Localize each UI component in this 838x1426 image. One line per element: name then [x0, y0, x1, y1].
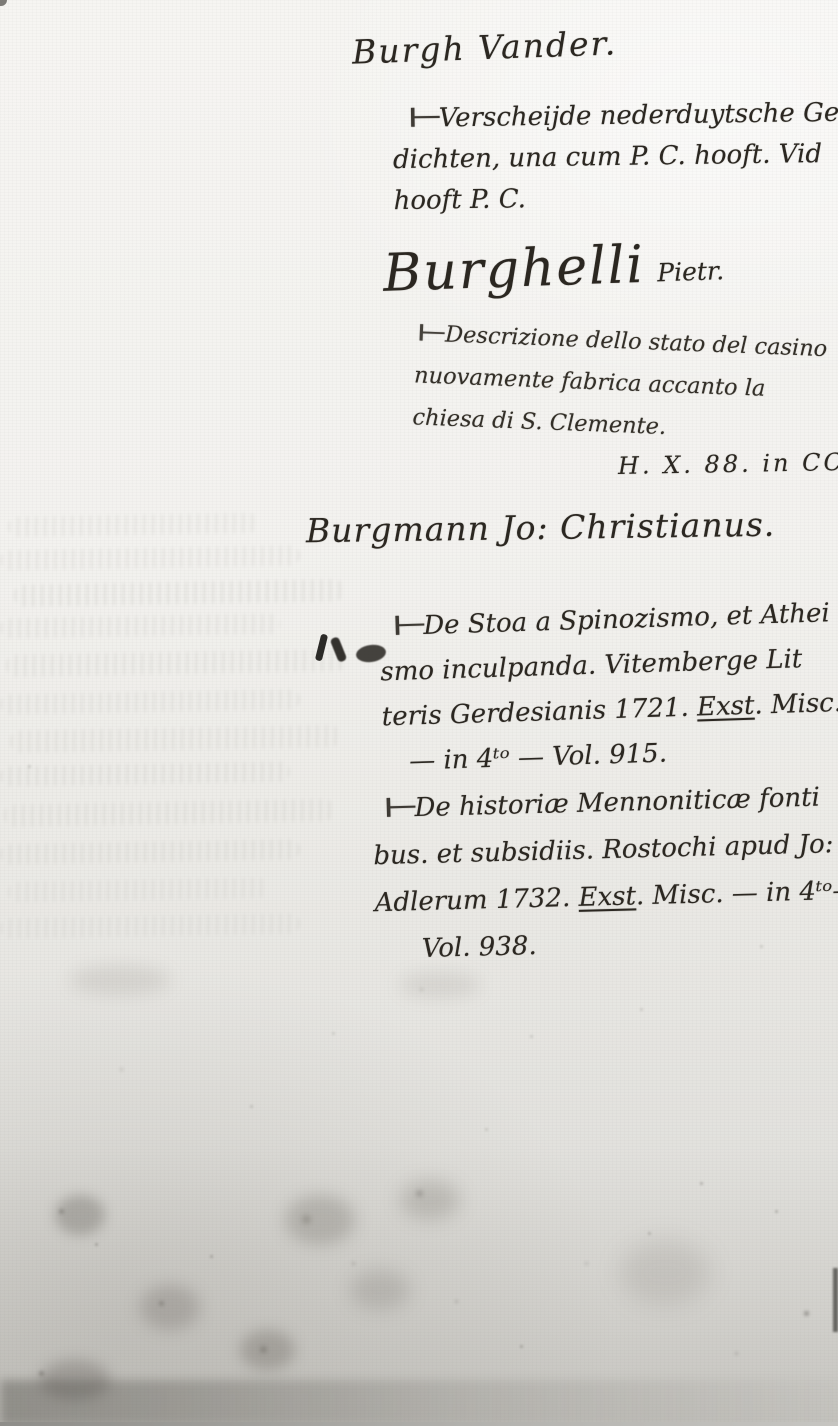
entry-item-descrizione-casino: ⊢Descrizione dello stato del casino nuov…: [412, 312, 817, 453]
bleedthrough-row: [4, 799, 334, 827]
entry-heading-surname: Burghelli: [382, 235, 646, 304]
entry-dash-marker: ⊢: [390, 604, 429, 650]
entry-dash-marker: ⊢: [415, 312, 449, 355]
entry-line: hooft P. C.: [393, 175, 834, 222]
stain: [55, 1195, 105, 1235]
stain: [240, 1330, 295, 1370]
stain: [620, 1240, 710, 1305]
stain: [350, 1270, 410, 1310]
bleedthrough-row: [6, 649, 346, 677]
entry-heading-burgh-vander: Burgh Vander.: [351, 23, 617, 71]
entry-line: Verscheijde nederduytsche Ge: [439, 98, 838, 134]
manuscript-page: Burgh Vander. ⊢Verscheijde nederduytsche…: [0, 0, 838, 1426]
bleedthrough-row: [0, 913, 300, 938]
bleedthrough-row: [8, 878, 268, 903]
entry-heading-forename: Pietr.: [657, 256, 725, 287]
bleedthrough-row: [0, 689, 300, 714]
bleedthrough-row: [8, 513, 258, 537]
stain: [70, 965, 170, 995]
bottom-dark-band: [0, 1380, 838, 1426]
bleedthrough-row: [10, 725, 340, 753]
entry-line: Descrizione dello stato del casino: [445, 321, 828, 362]
entry-item-de-historia-mennonitica: ⊢De historiæ Mennoniticæ fonti bus. et s…: [372, 774, 838, 974]
entry-line: De Stoa a Spinozismo, et Athei: [423, 598, 830, 641]
entry-heading-burgmann: Burgmann Jo: Christianus.: [306, 505, 776, 551]
entry-dash-marker: ⊢: [382, 785, 421, 833]
entry-heading-burghelli: BurghelliPietr.: [382, 232, 725, 304]
entry-line: dichten, una cum P. C. hooft. Vid: [393, 134, 834, 181]
shelfmark: H. X. 88. in CC: [618, 448, 838, 480]
bleedthrough-row: [0, 839, 300, 864]
corner-speck: [0, 0, 7, 6]
stain: [400, 1180, 460, 1220]
stain: [140, 1285, 200, 1330]
stain: [400, 972, 480, 998]
entry-item-dutch-gedichten: ⊢Verscheijde nederduytsche Ge dichten, u…: [392, 93, 834, 222]
right-edge-mark: [833, 1268, 838, 1332]
stain: [40, 1360, 110, 1400]
stain: [285, 1195, 355, 1245]
bleedthrough-row: [0, 614, 280, 639]
page-bottom-edge: [0, 1422, 838, 1426]
bleedthrough-row: [0, 545, 300, 570]
bleedthrough-row: [14, 579, 344, 607]
entry-dash-marker: ⊢: [406, 98, 445, 140]
entry-line: De historiæ Mennoniticæ fonti: [414, 783, 820, 824]
bleedthrough-row: [0, 761, 290, 786]
entry-item-de-stoa: ⊢De Stoa a Spinozismo, et Athei smo incu…: [378, 591, 838, 786]
